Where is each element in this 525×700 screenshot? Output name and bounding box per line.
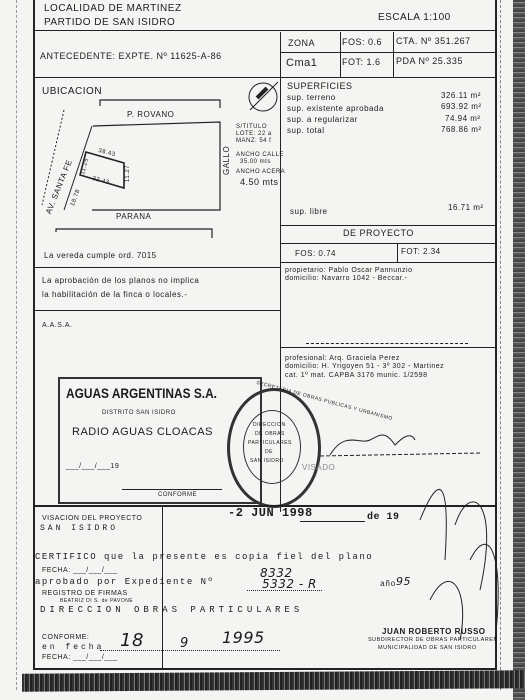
scan-edge-bottom [22, 670, 525, 692]
signatory-org: MUNICIPALIDAD DE SAN ISIDRO [378, 645, 477, 651]
certifico-line: CERTIFICO que la presente es copia fiel … [35, 552, 373, 562]
fecha-label-2: FECHA: ___/___/___ [42, 654, 118, 661]
signatory-name: JUAN ROBERTO RUSSO [382, 627, 486, 636]
expediente-year: 95 [396, 575, 411, 588]
direccion-obras-line: DIRECCION OBRAS PARTICULARES [40, 605, 303, 615]
en-fecha-label: en fecha [42, 643, 104, 652]
visado-faded-stamp: VISADO [302, 463, 335, 472]
fecha-day: 18 [120, 630, 144, 651]
registro-firmas: REGISTRO DE FIRMAS [42, 590, 128, 597]
visacion-title: VISACION DEL PROYECTO [42, 515, 142, 522]
visacion-sub: SAN ISIDRO [40, 524, 118, 533]
expediente-number: 5332 - R [262, 577, 317, 591]
beatriz-stamp: BEATRIZ DI S. de PAVONE [60, 598, 133, 604]
aprobado-line: aprobado por Expediente Nº [35, 577, 214, 587]
visacion-fecha: FECHA: ___/___/___ [42, 567, 118, 574]
date-stamp: -2 JUN 1998 [228, 506, 313, 520]
fecha-month: 9 [180, 636, 189, 651]
expediente-year-label: año [380, 580, 396, 589]
date-de-label: de 19 [367, 512, 400, 523]
conforme-label: CONFORME: [42, 634, 89, 641]
signatory-role: SUBDIRECTOR DE OBRAS PARTICULARES [368, 637, 498, 643]
fecha-year: 1995 [222, 628, 265, 647]
